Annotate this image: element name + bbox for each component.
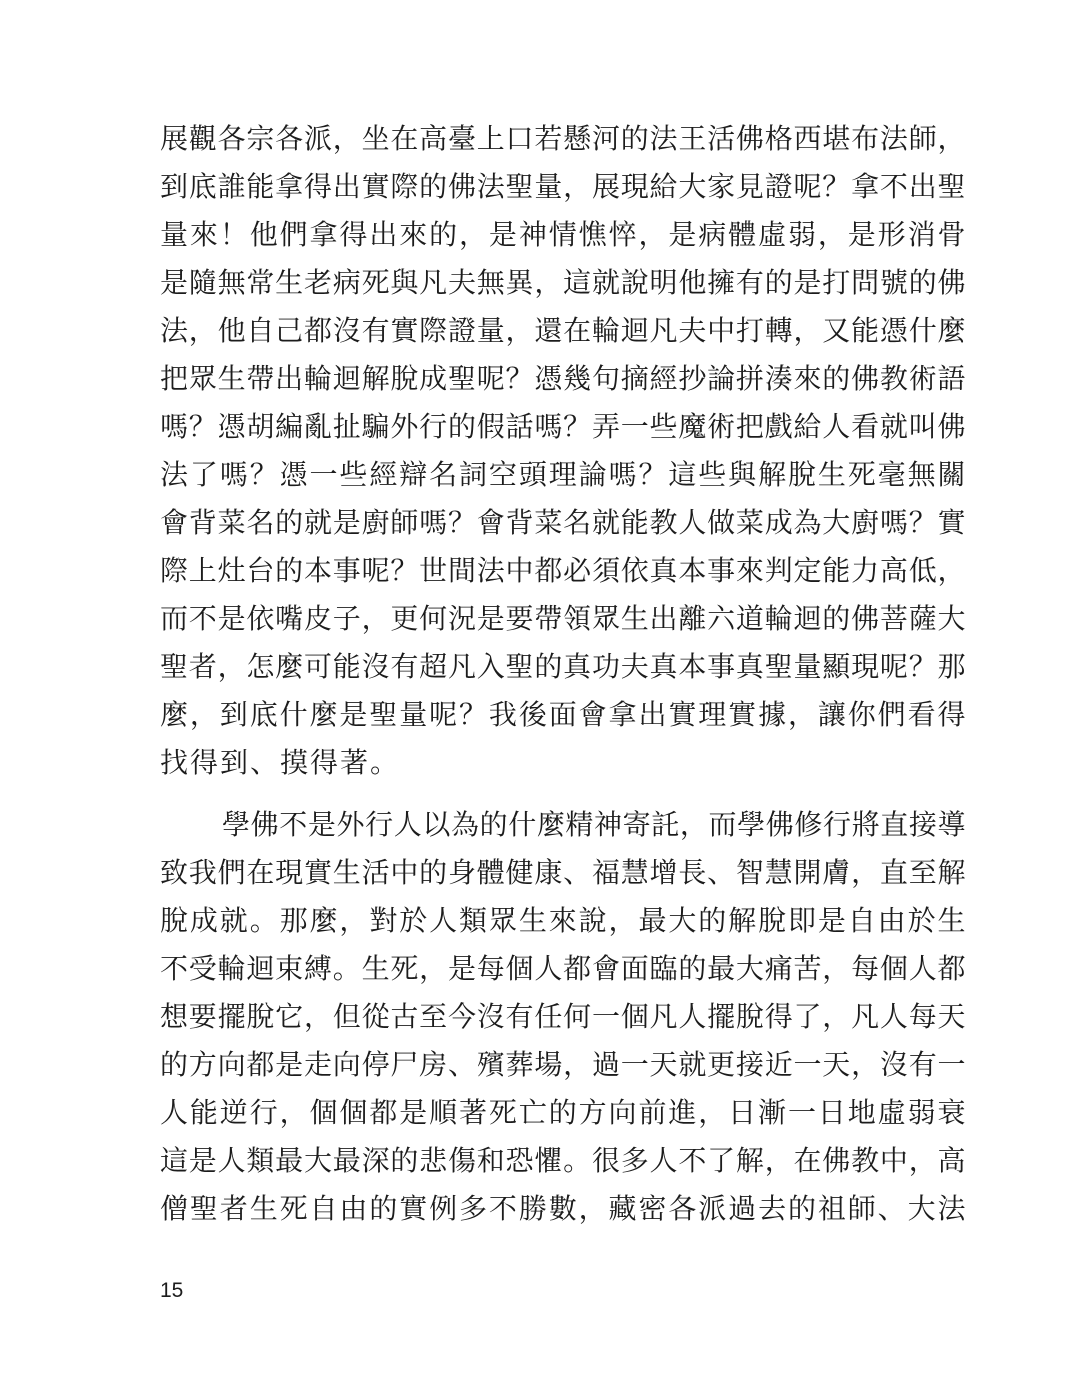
text-line: 僧聖者生死自由的實例多不勝數，藏密各派過去的祖師、大法王、 bbox=[160, 1186, 966, 1234]
text-line: 的方向都是走向停尸房、殯葬場，過一天就更接近一天，沒有一 bbox=[160, 1042, 966, 1090]
text-line: 學佛不是外行人以為的什麼精神寄託，而學佛修行將直接導 bbox=[160, 802, 966, 850]
text-line: 際上灶台的本事呢？世間法中都必須依真本事來判定能力高低， bbox=[160, 548, 966, 596]
text-line: 找得到、摸得著。 bbox=[160, 740, 966, 788]
text-line: 這是人類最大最深的悲傷和恐懼。很多人不了解，在佛教中，高 bbox=[160, 1138, 966, 1186]
document-page: 展觀各宗各派，坐在高臺上口若懸河的法王活佛格西堪布法師，到底誰能拿得出實際的佛法… bbox=[0, 0, 1080, 1397]
text-line: 會背菜名的就是廚師嗎？會背菜名就能教人做菜成為大廚嗎？實 bbox=[160, 500, 966, 548]
text-column: 展觀各宗各派，坐在高臺上口若懸河的法王活佛格西堪布法師，到底誰能拿得出實際的佛法… bbox=[160, 116, 966, 1234]
text-line: 到底誰能拿得出實際的佛法聖量，展現給大家見證呢？拿不出聖 bbox=[160, 164, 966, 212]
text-line: 脫成就。那麼，對於人類眾生來說，最大的解脫即是自由於生死， bbox=[160, 898, 966, 946]
text-line: 量來！他們拿得出來的，是神情憔悴，是病體虛弱，是形消骨立， bbox=[160, 212, 966, 260]
text-line: 不受輪迴束縛。生死，是每個人都會面臨的最大痛苦，每個人都 bbox=[160, 946, 966, 994]
text-line: 法，他自己都沒有實際證量，還在輪迴凡夫中打轉，又能憑什麼 bbox=[160, 308, 966, 356]
paragraph-1: 展觀各宗各派，坐在高臺上口若懸河的法王活佛格西堪布法師，到底誰能拿得出實際的佛法… bbox=[160, 116, 966, 788]
text-line: 是隨無常生老病死與凡夫無異，這就說明他擁有的是打問號的佛 bbox=[160, 260, 966, 308]
text-line: 致我們在現實生活中的身體健康、福慧增長、智慧開膚，直至解 bbox=[160, 850, 966, 898]
text-line: 把眾生帶出輪迴解脫成聖呢？憑幾句摘經抄論拼湊來的佛教術語 bbox=[160, 356, 966, 404]
page-number: 15 bbox=[160, 1276, 183, 1306]
text-line: 想要擺脫它，但從古至今沒有任何一個凡人擺脫得了，凡人每天 bbox=[160, 994, 966, 1042]
text-line: 展觀各宗各派，坐在高臺上口若懸河的法王活佛格西堪布法師， bbox=[160, 116, 966, 164]
paragraph-2: 學佛不是外行人以為的什麼精神寄託，而學佛修行將直接導致我們在現實生活中的身體健康… bbox=[160, 802, 966, 1234]
text-line: 嗎？憑胡編亂扯騙外行的假話嗎？弄一些魔術把戲給人看就叫佛 bbox=[160, 404, 966, 452]
text-line: 法了嗎？憑一些經辯名詞空頭理論嗎？這些與解脫生死毫無關係！ bbox=[160, 452, 966, 500]
text-line: 而不是依嘴皮子，更何況是要帶領眾生出離六道輪迴的佛菩薩大 bbox=[160, 596, 966, 644]
text-line: 聖者，怎麼可能沒有超凡入聖的真功夫真本事真聖量顯現呢？那 bbox=[160, 644, 966, 692]
text-line: 麼，到底什麼是聖量呢？我後面會拿出實理實據，讓你們看得見、 bbox=[160, 692, 966, 740]
text-line: 人能逆行，個個都是順著死亡的方向前進，日漸一日地虛弱衰竭， bbox=[160, 1090, 966, 1138]
